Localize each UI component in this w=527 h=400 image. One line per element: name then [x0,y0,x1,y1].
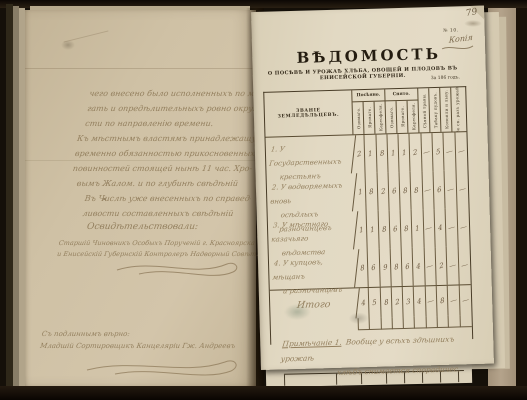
total-cell: 8 [380,287,392,317]
binding-edge-dark [6,4,13,394]
total-cell: 5 [369,288,381,318]
row-label: 2. У водворяемыхъ вновь осѣдлыхъ разночи… [265,173,357,214]
column-header: Озимаго. [353,102,365,134]
handwriting-line: повинностей стоящей нынѣ 11 час. Хро- [72,161,256,176]
row-header-cell: ЗВАНІЕ ЗЕМЛЕДѢЛЬЦЕВЪ. [264,90,353,136]
total-cell: 3 [403,287,415,317]
table-cell: — [457,208,469,246]
handwriting-line: Въ Числѣ уже внесенныхъ по справед- [84,191,252,206]
signature-flourish [85,354,245,380]
column-header: Картофеля. [408,100,420,132]
backdrop-bottom [0,386,527,400]
column-header: Яроваго. [364,102,376,134]
left-page: чего внесено было исполненныхъ по мо- га… [25,10,256,386]
table-header: ЗВАНІЕ ЗЕМЛЕДѢЛЬЦЕВЪ. Посѣяно. Снято. Оз… [264,87,466,138]
signature-flourish [115,256,245,280]
handwriting-line: гать и опредѣлительныхъ ровно окружно- [86,101,264,116]
total-cell: 2 [392,287,404,317]
row-label: 1. У Государственныхъ крестьянъ [264,135,356,176]
total-cell: — [459,285,471,315]
certification-line: Младшій Сортировщикъ Канцеляріи Гж. Андр… [39,340,236,352]
column-header: Картофеля. [375,101,387,133]
note-label: Примѣчаніе 1. [282,338,342,349]
pencil-mark [61,40,75,50]
table-row: 3. У мѣстнаго казачьяго вѣдомства 1 1 8 … [268,208,470,252]
table-row: 2. У водворяемыхъ вновь осѣдлыхъ разночи… [267,170,469,214]
handwriting-line: чего внесено было исполненныхъ по мо- [88,86,266,101]
handwriting-line: ливости составленныхъ свѣдѣній [82,206,250,221]
handwritten-paragraph: чего внесено было исполненныхъ по мо- га… [72,86,267,221]
table-cell: — [455,132,467,170]
column-group-sown: Посѣяно. [352,89,385,102]
total-cell: 4 [414,286,426,316]
form-title: ВѢДОМОСТЬ [252,44,485,68]
folio-smudge [464,20,482,27]
scanned-document-spread: чего внесено было исполненныхъ по мо- га… [0,0,527,400]
handwriting-line: вымъ Жалом. и по глубинѣ свѣдѣній [76,176,254,191]
backdrop-right [516,0,527,400]
total-cell: — [426,286,438,316]
total-cell: 8 [437,286,449,316]
column-header: Во ск. разъ урожай. [451,87,463,131]
table-cell: — [458,246,470,284]
certification-block: Съ подлиннымъ вѣрно: Младшій Сортировщик… [39,328,237,352]
table-cell: — [456,170,468,208]
row-label: 3. У мѣстнаго казачьяго вѣдомства [266,211,358,252]
paper-crease [25,68,256,69]
handwriting-line: сти по направленію времени. [84,116,262,131]
row-label: 4. У купцовъ, мѣщанъ и разночинцевъ [267,249,359,290]
handwriting-line: временно обязанностью прикосновенныхъ [74,146,258,161]
totals-label: Итого [269,288,360,321]
column-header: Озимаго. [386,101,398,133]
column-header: Яроваго. [397,101,409,133]
harvest-table: ЗВАНІЕ ЗЕМЛЕДѢЛЬЦЕВЪ. Посѣяно. Снято. Оз… [263,86,473,345]
total-cell: — [448,285,460,315]
form-number: № 10. [443,28,458,33]
handwriting-line: Къ мѣстнымъ властямъ принадлежащую [76,131,260,146]
column-group-reaped: Снято. [385,89,418,102]
form-year-line: За 186 годъ. [431,75,460,81]
folio-number: 79 [465,7,478,19]
right-page-form: № 10. Копія ВѢДОМОСТЬ О ПОСѢВѢ И УРОЖАѢ … [251,6,494,370]
copy-annotation: Копія [449,33,473,45]
certification-line: Съ подлиннымъ вѣрно: [41,328,238,340]
table-row: 1. У Государственныхъ крестьянъ 2 1 8 1 … [266,132,468,176]
table-row: 4. У купцовъ, мѣщанъ и разночинцевъ 8 6 … [269,246,471,290]
